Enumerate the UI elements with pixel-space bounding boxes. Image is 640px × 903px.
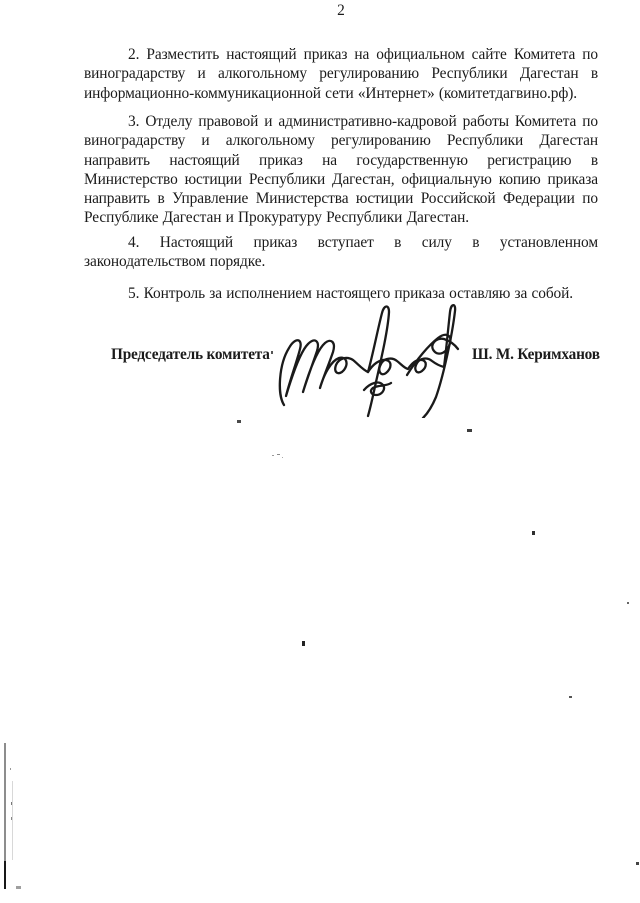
scan-speck: [636, 862, 639, 865]
scan-edge-line-gray: [4, 743, 6, 861]
order-item-2: 2. Разместить настоящий приказ на официа…: [84, 45, 598, 103]
scan-speck: [277, 454, 280, 455]
scan-speck: [627, 602, 629, 604]
scan-speck: [10, 768, 11, 770]
scan-speck: [272, 455, 274, 456]
scan-speck: [237, 420, 241, 423]
document-page: 2 2. Разместить настоящий приказ на офиц…: [0, 0, 640, 903]
scan-speck: [467, 429, 472, 432]
scan-speck: [16, 886, 21, 889]
scan-speck: [302, 641, 305, 646]
order-item-3: 3. Отделу правовой и административно-кад…: [84, 112, 598, 228]
order-item-4: 4. Настоящий приказ вступает в силу в ус…: [84, 233, 598, 272]
scan-speck: [271, 351, 273, 354]
scan-speck: [282, 457, 283, 458]
page-number: 2: [84, 1, 598, 20]
scan-artifact: [11, 817, 12, 820]
signatory-name: Ш. М. Керимханов: [472, 345, 600, 364]
signature-handwriting-image: [270, 302, 466, 418]
scan-artifact: [11, 802, 12, 805]
scan-edge-line-black: [4, 861, 7, 889]
signatory-title: Председатель комитета: [111, 345, 270, 364]
order-item-5: 5. Контроль за исполнением настоящего пр…: [84, 284, 598, 303]
scan-speck: [569, 696, 572, 698]
scan-edge-line-faint: [12, 781, 13, 860]
scan-speck: [532, 531, 535, 535]
